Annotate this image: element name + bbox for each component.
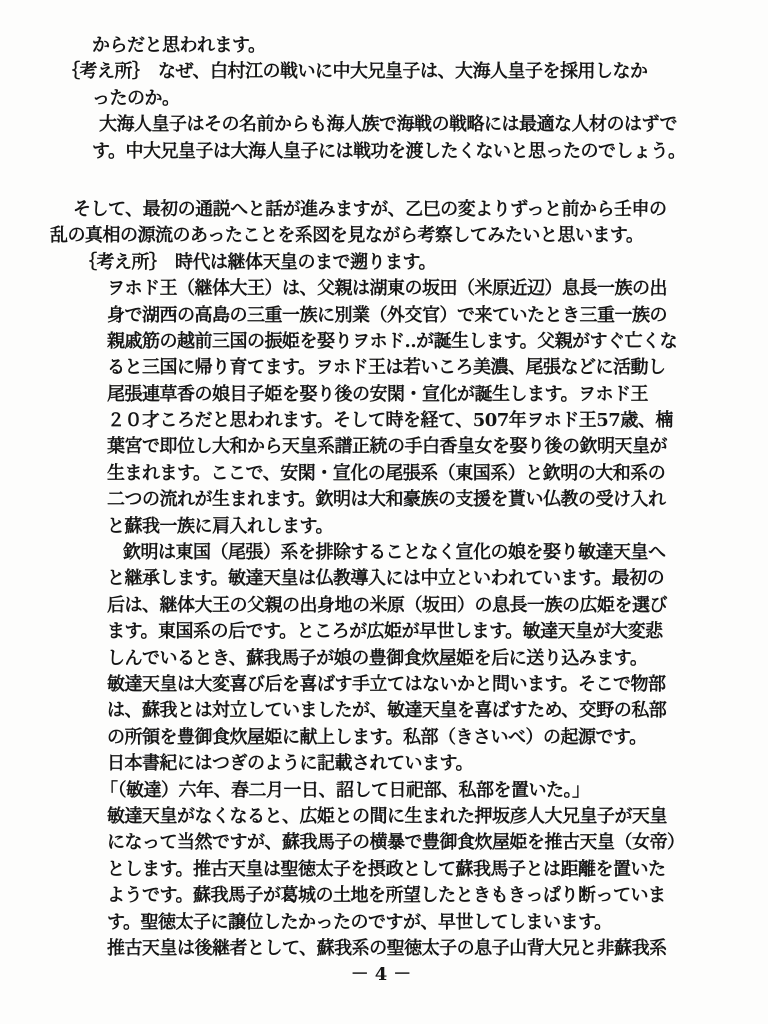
text-line: の所領を豊御食炊屋姫に献上します。私部（きさいべ）の起源です。 [0,725,768,751]
text-line: 乱の真相の源流のあったことを系図を見ながら考察してみたいと思います。 [0,223,768,249]
text-line: ｛考え所｝ なぜ、白村江の戦いに中大兄皇子は、大海人皇子を採用しなか [0,59,768,85]
text-line: 敏達天皇は大変喜び后を喜ばす手立てはないかと問います。そこで物部 [0,672,768,698]
text-line: 葉宮で即位し大和から天皇系譜正統の手白香皇女を娶り後の欽明天皇が [0,434,768,460]
text-line: ると三国に帰り育てます。ヲホド王は若いころ美濃、尾張などに活動し [0,355,768,381]
text-line: ます。東国系の后です。ところが広姫が早世します。敏達天皇が大変悲 [0,619,768,645]
text-line: 欽明は東国（尾張）系を排除することなく宣化の娘を娶り敏達天皇へ [0,540,768,566]
text-line: しんでいるとき、蘇我馬子が娘の豊御食炊屋姫を后に送り込みます。 [0,646,768,672]
text-line: 后は、継体大王の父親の出身地の米原（坂田）の息長一族の広姫を選び [0,593,768,619]
text-line: ｛考え所｝ 時代は継体天皇のまで遡ります。 [0,250,768,276]
page-number: －4－ [0,962,768,988]
text-line: ２０才ころだと思われます。そして時を経て、507年ヲホド王57歳、楠 [0,408,768,434]
page-content: からだと思われます。 ｛考え所｝ なぜ、白村江の戦いに中大兄皇子は、大海人皇子を… [0,0,768,989]
text-line: す。中大兄皇子は大海人皇子には戦功を渡したくないと思ったのでしょう。 [0,139,768,165]
text-line: す。聖徳太子に譲位したかったのですが、早世してしまいます。 [0,910,768,936]
text-line: と蘇我一族に肩入れします。 [0,514,768,540]
text-line: 生まれます。ここで、安閑・宣化の尾張系（東国系）と欽明の大和系の [0,461,768,487]
text-line: 親戚筋の越前三国の振姫を娶りヲホド‥が誕生します。父親がすぐ亡くな [0,329,768,355]
text-line: ようです。蘇我馬子が葛城の土地を所望したときもきっぱり断っていま [0,883,768,909]
text-line: 尾張連草香の娘目子姫を娶り後の安閑・宣化が誕生します。ヲホド王 [0,382,768,408]
document-page: からだと思われます。 ｛考え所｝ なぜ、白村江の戦いに中大兄皇子は、大海人皇子を… [0,0,768,1024]
text-line: と継承します。敏達天皇は仏教導入には中立といわれています。最初の [0,566,768,592]
text-line: 身で湖西の高島の三重一族に別業（外交官）で来ていたとき三重一族の [0,303,768,329]
text-line: ヲホド王（継体大王）は、父親は湖東の坂田（米原近辺）息長一族の出 [0,276,768,302]
text-line: 日本書紀にはつぎのように記載されています。 [0,751,768,777]
text-line: そして、最初の通説へと話が進みますが、乙巳の変よりずっと前から壬申の [0,197,768,223]
text-line: ったのか。 [0,86,768,112]
text-line: 二つの流れが生まれます。欽明は大和豪族の支援を貰い仏教の受け入れ [0,487,768,513]
text-line: 推古天皇は後継者として、蘇我系の聖徳太子の息子山背大兄と非蘇我系 [0,936,768,962]
text-line: は、蘇我とは対立していましたが、敏達天皇を喜ばすため、交野の私部 [0,698,768,724]
text-line: からだと思われます。 [0,33,768,59]
text-line: 大海人皇子はその名前からも海人族で海戦の戦略には最適な人材のはずで [0,112,768,138]
text-line quote-line: 「（敏達）六年、春二月一日、詔して日祀部、私部を置いた。」 [0,778,768,804]
text-line: とします。推古天皇は聖徳太子を摂政として蘇我馬子とは距離を置いた [0,857,768,883]
text-line: になって当然ですが、蘇我馬子の横暴で豊御食炊屋姫を推古天皇（女帝） [0,830,768,856]
text-line: 敏達天皇がなくなると、広姫との間に生まれた押坂彦人大兄皇子が天皇 [0,804,768,830]
